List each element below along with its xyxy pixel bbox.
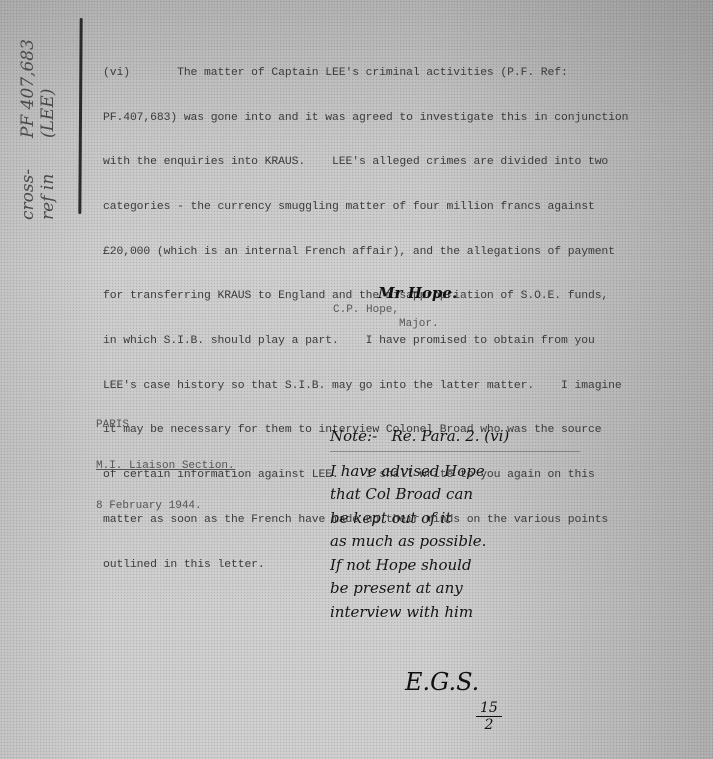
scanned-document-page: cross-ref in PF 407,683 (LEE) (vi) The m… (0, 0, 713, 759)
margin-note-left: cross-ref in (18, 146, 58, 220)
signatory-rank: Major. (399, 318, 439, 330)
note-line: as much as possible. (330, 530, 590, 554)
paragraph-line: PF.407,683) was gone into and it was agr… (103, 111, 708, 126)
paragraph-line: with the enquiries into KRAUS. LEE's all… (103, 155, 708, 170)
paragraph-line: £20,000 (which is an internal French aff… (103, 245, 708, 260)
margin-note-right: PF 407,683 (LEE) (18, 20, 58, 138)
paragraph-line: categories - the currency smuggling matt… (103, 200, 708, 215)
origin-section: M.I. Liaison Section. (96, 460, 235, 474)
note-line: If not Hope should (330, 554, 590, 578)
paragraph-line: (vi) The matter of Captain LEE's crimina… (103, 66, 708, 81)
handwritten-signature: Mr Hope. (378, 284, 457, 302)
note-line: be kept out of it (330, 507, 590, 531)
note-date-day: 15 (476, 700, 502, 717)
origin-date: 8 February 1944. (96, 500, 235, 514)
note-line: I have advised Hope (330, 460, 590, 484)
signatory-name: C.P. Hope, (333, 304, 399, 316)
note-initials: E.G.S. (405, 668, 479, 696)
note-date: 15 2 (476, 700, 502, 733)
note-heading: Note:- Re. Para. 2. (vi) (330, 425, 580, 452)
note-line: that Col Broad can (330, 483, 590, 507)
note-line: interview with him (330, 601, 590, 625)
note-line: be present at any (330, 577, 590, 601)
margin-note: cross-ref in PF 407,683 (LEE) (8, 20, 68, 220)
paragraph-line: in which S.I.B. should play a part. I ha… (103, 334, 708, 349)
origin-block: PARIS M.I. Liaison Section. 8 February 1… (96, 392, 235, 541)
margin-rule-line (78, 18, 82, 214)
note-date-month: 2 (476, 717, 502, 733)
handwritten-note: Note:- Re. Para. 2. (vi) I have advised … (330, 425, 590, 624)
origin-city: PARIS (96, 419, 235, 433)
